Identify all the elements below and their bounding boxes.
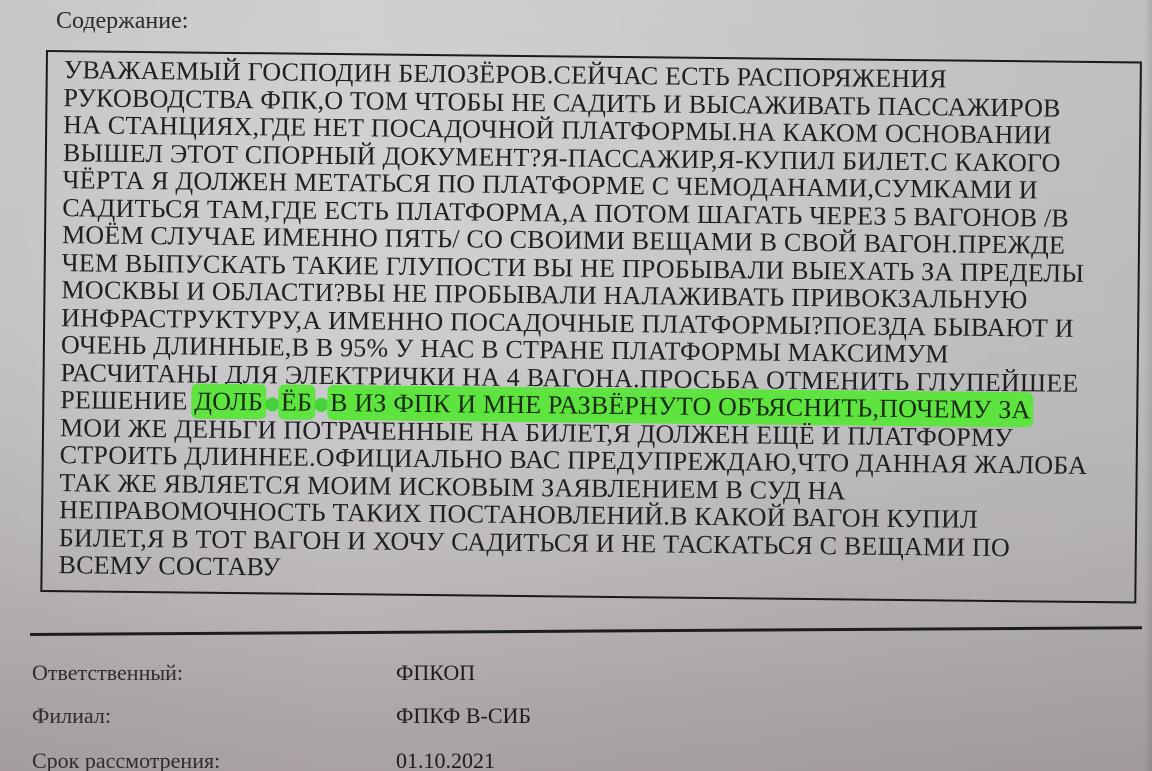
field-label: Срок рассмотрения: (32, 748, 220, 771)
complaint-content-box: УВАЖАЕМЫЙ ГОСПОДИН БЕЛОЗЁРОВ.СЕЙЧАС ЕСТЬ… (40, 50, 1142, 603)
field-value: ФПКФ В-СИБ (396, 703, 531, 729)
field-value: ФПКОП (396, 660, 475, 686)
field-value: 01.10.2021 (396, 748, 495, 771)
highlighted-text: ДОЛБ (194, 387, 263, 417)
paper-edge (1144, 0, 1152, 771)
censor-dot-icon (265, 397, 279, 411)
field-label: Ответственный: (32, 660, 183, 686)
highlighted-text: ЁБ (281, 387, 313, 416)
section-divider (30, 626, 1142, 636)
censor-dot-icon (314, 398, 328, 412)
text-segment: ВСЕМУ СОСТАВУ (58, 550, 280, 581)
content-label: Содержание: (56, 8, 188, 35)
complaint-text: УВАЖАЕМЫЙ ГОСПОДИН БЕЛОЗЁРОВ.СЕЙЧАС ЕСТЬ… (58, 56, 1133, 590)
field-label: Филиал: (32, 703, 111, 729)
text-segment: РЕШЕНИЕ (60, 385, 194, 415)
